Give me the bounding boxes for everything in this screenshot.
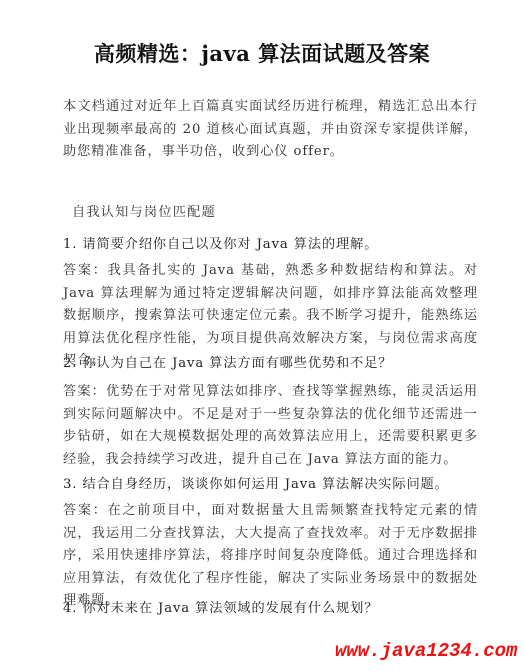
answer-2: 答案：优势在于对常见算法如排序、查找等掌握熟练，能灵活运用到实际问题解决中。不足… bbox=[63, 381, 478, 471]
question-3: 3. 结合自身经历，谈谈你如何运用 Java 算法解决实际问题。 bbox=[63, 473, 483, 492]
question-2: 2. 你认为自己在 Java 算法方面有哪些优势和不足？ bbox=[63, 352, 483, 371]
document-title: 高频精选：java 算法面试题及答案 bbox=[0, 38, 524, 68]
section-heading: 自我认知与岗位匹配题 bbox=[72, 201, 216, 220]
watermark-link[interactable]: www.java1234.com bbox=[335, 640, 517, 662]
question-1: 1. 请简要介绍你自己以及你对 Java 算法的理解。 bbox=[63, 233, 483, 252]
answer-3: 答案：在之前项目中，面对数据量大且需频繁查找特定元素的情况，我运用二分查找算法，… bbox=[63, 500, 478, 613]
intro-paragraph: 本文档通过对近年上百篇真实面试经历进行梳理，精选汇总出本行业出现频率最高的 20… bbox=[63, 96, 478, 164]
question-4: 4. 你对未来在 Java 算法领域的发展有什么规划？ bbox=[63, 597, 483, 616]
